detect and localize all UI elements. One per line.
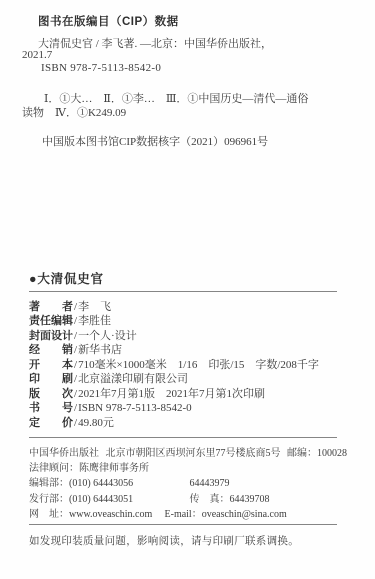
colophon-value: 李 飞: [78, 301, 111, 313]
web-row: 网 址：www.oveaschin.com E-mail：oveaschin@s…: [29, 507, 347, 522]
publisher-contact-block: 中国华侨出版社 北京市朝阳区西坝河东里77号楼底商5号 邮编：100028 法律…: [29, 446, 347, 522]
fax-number: 传 真：64439708: [190, 494, 270, 505]
colophon-row-distributor: 经 销/新华书店: [29, 343, 345, 357]
colophon-label: 开 本: [29, 359, 73, 371]
cip-entry-line2: 2021.7: [22, 49, 52, 61]
book-title: ●大清侃史官: [29, 269, 104, 287]
cip-classification-line2: 读物 Ⅳ．①K249.09: [22, 104, 126, 120]
publisher-postcode: 邮编：100028: [287, 446, 347, 461]
cip-isbn-line: ISBN 978-7-5113-8542-0: [41, 62, 161, 74]
distribution-phone: 发行部：(010) 64443051: [29, 492, 187, 507]
colophon-value: ISBN 978-7-5113-8542-0: [78, 402, 192, 414]
legal-counsel-row: 法律顾问：陈鹰律师事务所: [29, 461, 347, 476]
colophon-value: 北京溢漾印刷有限公司: [78, 373, 188, 385]
quality-note: 如发现印装质量问题，影响阅读，请与印刷厂联系调换。: [29, 533, 299, 548]
divider-contact-top: [29, 437, 337, 438]
colophon-value: 李胜佳: [78, 315, 111, 327]
colophon-row-format: 开 本/710毫米×1000毫米 1/16 印张/15 字数/208千字: [29, 358, 345, 372]
colophon-list: 著 者/李 飞 责任编辑/李胜佳 封面设计/一个人·设计 经 销/新华书店 开 …: [29, 300, 345, 430]
colophon-label: 书 号: [29, 402, 73, 414]
colophon-label: 印 刷: [29, 373, 73, 385]
colophon-row-cover-design: 封面设计/一个人·设计: [29, 329, 345, 343]
colophon-label: 封面设计: [29, 330, 73, 342]
colophon-row-printer: 印 刷/北京溢漾印刷有限公司: [29, 372, 345, 386]
colophon-row-isbn: 书 号/ISBN 978-7-5113-8542-0: [29, 401, 345, 415]
distribution-row: 发行部：(010) 64443051 传 真：64439708: [29, 492, 347, 507]
colophon-row-editor: 责任编辑/李胜佳: [29, 314, 345, 328]
colophon-label: 著 者: [29, 301, 73, 313]
divider-title: [29, 291, 337, 292]
colophon-label: 定 价: [29, 417, 73, 429]
colophon-value: 一个人·设计: [78, 330, 137, 342]
copyright-page: 图书在版编目（CIP）数据 大清侃史官 / 李飞著. —北京：中国华侨出版社， …: [0, 0, 375, 579]
colophon-label: 责任编辑: [29, 315, 73, 327]
colophon-label: 经 销: [29, 344, 73, 356]
editorial-row: 编辑部：(010) 64443056 64443979: [29, 476, 347, 491]
colophon-value: 新华书店: [78, 344, 122, 356]
editorial-phone2: 64443979: [190, 478, 230, 489]
cip-record-number: 中国版本图书馆CIP数据核字（2021）096961号: [42, 133, 268, 149]
colophon-row-price: 定 价/49.80元: [29, 416, 345, 430]
colophon-value: 49.80元: [78, 417, 114, 429]
cip-entry-line1: 大清侃史官 / 李飞著. —北京：中国华侨出版社，: [38, 35, 272, 51]
divider-note-top: [29, 524, 337, 525]
cip-heading: 图书在版编目（CIP）数据: [38, 13, 179, 29]
colophon-value: 710毫米×1000毫米 1/16 印张/15 字数/208千字: [78, 359, 319, 371]
editorial-phone: 编辑部：(010) 64443056: [29, 476, 187, 491]
website-url: 网 址：www.oveaschin.com: [29, 507, 162, 522]
email-address: E-mail：oveaschin@sina.com: [165, 509, 287, 520]
colophon-row-edition: 版 次/2021年7月第1版 2021年7月第1次印刷: [29, 387, 345, 401]
publisher-name: 中国华侨出版社: [29, 446, 99, 461]
colophon-label: 版 次: [29, 388, 73, 400]
colophon-value: 2021年7月第1版 2021年7月第1次印刷: [78, 388, 265, 400]
book-title-text: 大清侃史官: [37, 272, 104, 286]
colophon-row-author: 著 者/李 飞: [29, 300, 345, 314]
publisher-address-row: 中国华侨出版社 北京市朝阳区西坝河东里77号楼底商5号 邮编：100028: [29, 446, 347, 461]
publisher-address: 北京市朝阳区西坝河东里77号楼底商5号: [106, 446, 281, 461]
legal-counsel: 法律顾问：陈鹰律师事务所: [29, 463, 149, 474]
